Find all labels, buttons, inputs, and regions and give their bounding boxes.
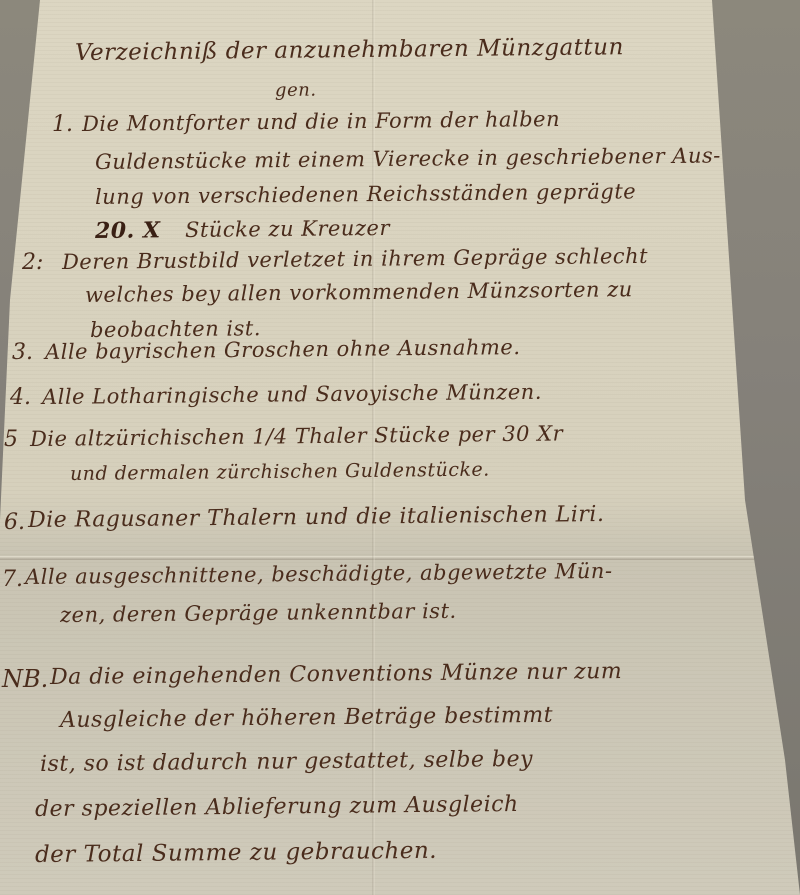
item-6-line-1: Die Ragusaner Thalern und die italienisc…	[28, 502, 605, 533]
item-5-line-1: Die altzürichischen 1/4 Thaler Stücke pe…	[30, 421, 563, 451]
item-5-line-2: und dermalen zürchischen Guldenstücke.	[70, 459, 490, 485]
nota-bene-line-3: ist, so ist dadurch nur gestattet, selbe…	[40, 747, 533, 777]
item-5-number: 5	[4, 427, 18, 452]
horizontal-fold-crease	[0, 556, 800, 560]
item-4-number: 4.	[10, 385, 31, 410]
nota-bene-line-4: der speziellen Ablieferung zum Ausgleich	[35, 792, 519, 822]
item-4-line-1: Alle Lotharingische und Savoyische Münze…	[42, 380, 542, 409]
item-3-number: 3.	[12, 340, 33, 365]
item-7-number: 7.	[2, 567, 23, 592]
nota-bene-label: NB.	[2, 665, 48, 693]
item-3-line-1: Alle bayrischen Groschen ohne Ausnahme.	[45, 335, 521, 364]
item-1-line-1: Die Montforter und die in Form der halbe…	[82, 107, 560, 136]
nota-bene-line-1: Da die eingehenden Conventions Münze nur…	[50, 659, 622, 690]
item-1-number: 1.	[52, 112, 73, 137]
nota-bene-line-5: der Total Summe zu gebrauchen.	[35, 838, 437, 868]
item-7-line-2: zen, deren Gepräge unkenntbar ist.	[60, 599, 457, 627]
nota-bene-line-2: Ausgleiche der höheren Beträge bestimmt	[60, 703, 553, 733]
item-1-amount: 20. X	[95, 217, 161, 244]
document-title-continuation: gen.	[275, 80, 317, 101]
item-6-number: 6.	[4, 510, 25, 535]
item-2-line-1: Deren Brustbild verletzet in ihrem Geprä…	[62, 244, 648, 274]
item-7-line-1: Alle ausgeschnittene, beschädigte, abgew…	[25, 559, 613, 589]
manuscript-page: Verzeichniß der anzunehmbaren Münzgattun…	[0, 0, 800, 895]
item-1-line-4: Stücke zu Kreuzer	[185, 216, 390, 242]
item-1-line-2: Guldenstücke mit einem Vierecke in gesch…	[95, 143, 721, 174]
item-2-line-2: welches bey allen vorkommenden Münzsorte…	[85, 277, 633, 307]
item-2-number: 2:	[22, 250, 43, 275]
document-title: Verzeichniß der anzunehmbaren Münzgattun	[75, 34, 624, 66]
item-1-line-3: lung von verschiedenen Reichsständen gep…	[95, 179, 636, 209]
